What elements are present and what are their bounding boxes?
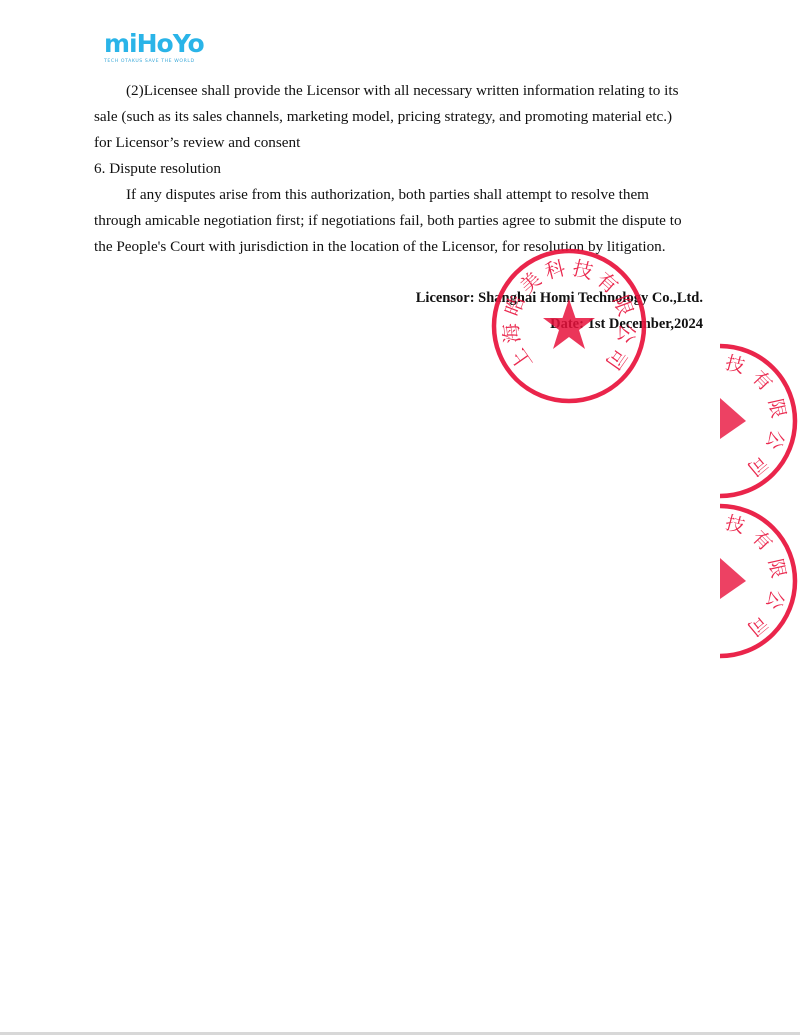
- svg-text:限: 限: [764, 557, 790, 580]
- company-logo: miHoYo TECH OTAKUS SAVE THE WORLD: [104, 30, 204, 70]
- svg-text:司: 司: [743, 611, 772, 640]
- partial-seal: 技有限公司: [720, 503, 800, 659]
- svg-text:公: 公: [761, 427, 788, 452]
- paragraph-line: for Licensor’s review and consent: [94, 134, 300, 152]
- star-icon: [720, 398, 746, 439]
- section-heading: 6. Dispute resolution: [94, 160, 221, 178]
- svg-text:限: 限: [609, 292, 638, 319]
- svg-text:科: 科: [542, 256, 567, 284]
- svg-text:有: 有: [747, 526, 776, 555]
- svg-text:晧: 晧: [500, 292, 529, 319]
- paragraph-line: through amicable negotiation first; if n…: [94, 212, 682, 230]
- svg-text:技: 技: [570, 256, 595, 284]
- star-icon: [543, 299, 595, 349]
- svg-text:限: 限: [764, 397, 790, 420]
- svg-text:有: 有: [747, 366, 776, 395]
- star-icon: [720, 558, 746, 599]
- paragraph-line: (2)Licensee shall provide the Licensor w…: [126, 82, 678, 100]
- partial-seal: 技有限公司: [720, 343, 800, 499]
- document-page: miHoYo TECH OTAKUS SAVE THE WORLD (2)Lic…: [0, 0, 800, 1032]
- paragraph-line: If any disputes arise from this authoriz…: [126, 186, 649, 204]
- svg-text:技: 技: [723, 352, 747, 378]
- paragraph-line: sale (such as its sales channels, market…: [94, 108, 672, 126]
- company-seal: 上海晧美科技有限公司: [488, 245, 650, 407]
- logo-tagline: TECH OTAKUS SAVE THE WORLD: [104, 59, 204, 64]
- logo-wordmark: miHoYo: [104, 30, 204, 58]
- svg-text:海: 海: [498, 322, 524, 345]
- svg-text:司: 司: [743, 451, 772, 480]
- svg-text:公: 公: [613, 322, 639, 345]
- svg-text:公: 公: [761, 587, 788, 612]
- svg-text:技: 技: [723, 512, 747, 538]
